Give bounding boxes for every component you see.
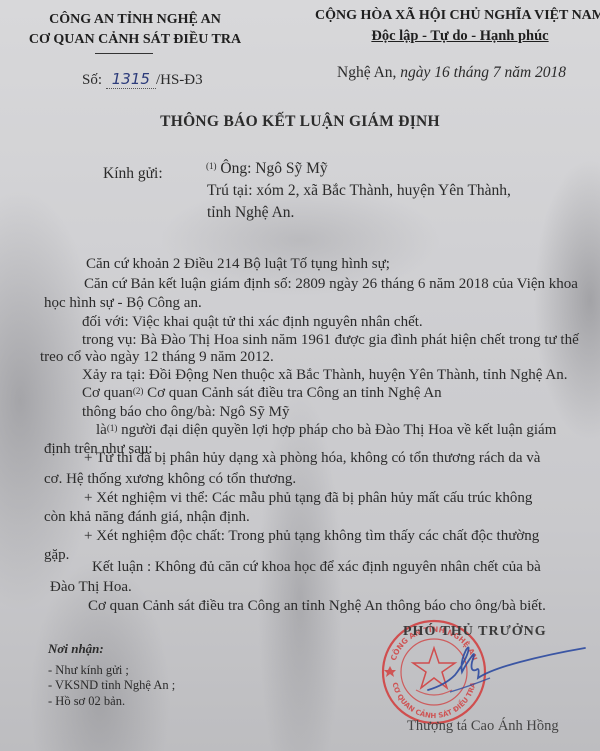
- footnote-marker: (2): [133, 386, 144, 396]
- recipient-item: - Như kính gửi ;: [48, 663, 129, 678]
- recipient-item: - Hồ sơ 02 bản.: [48, 694, 125, 709]
- national-header: CỘNG HÒA XÃ HỘI CHỦ NGHĨA VIỆT NAM Độc l…: [300, 6, 600, 46]
- signer-name: Thượng tá Cao Ánh Hồng: [407, 718, 559, 735]
- agency-line-1: CÔNG AN TỈNH NGHỆ AN: [0, 10, 270, 30]
- place-date: Nghệ An, ngày 16 tháng 7 năm 2018: [337, 64, 566, 82]
- body-line: + Xét nghiệm vi thể: Các mẫu phủ tạng đã…: [84, 489, 532, 508]
- body-line: + Tử thi đã bị phân hủy dạng xà phòng hó…: [84, 449, 540, 468]
- agency-line-2: CƠ QUAN CẢNH SÁT ĐIỀU TRA: [0, 30, 270, 50]
- body-text: Cơ quan: [82, 385, 133, 401]
- handwritten-signature: [420, 640, 590, 700]
- recipient-item: - VKSND tỉnh Nghệ An ;: [48, 678, 175, 693]
- document-number: Số: 1315/HS-Đ3: [82, 70, 203, 89]
- body-line: Căn cứ khoản 2 Điều 214 Bộ luật Tố tụng …: [86, 255, 390, 274]
- footnote-marker: (1): [206, 161, 217, 171]
- recipients-title: Nơi nhận:: [48, 641, 104, 657]
- footnote-marker: (1): [107, 423, 118, 433]
- signer-title: PHÓ THỦ TRƯỞNG: [403, 624, 547, 640]
- national-motto: Độc lập - Tự do - Hạnh phúc: [300, 26, 600, 46]
- body-line: Đào Thị Hoa.: [50, 578, 132, 597]
- number-suffix: /HS-Đ3: [156, 72, 203, 88]
- body-line: + Xét nghiệm độc chất: Trong phủ tạng kh…: [84, 527, 539, 546]
- body-line: Cơ quan(2) Cơ quan Cảnh sát điều tra Côn…: [82, 384, 442, 403]
- recipient-address-2: tỉnh Nghệ An.: [207, 203, 294, 222]
- recipient-name-text: Ông: Ngô Sỹ Mỹ: [220, 160, 327, 177]
- body-line: đối với: Việc khai quật tử thi xác định …: [82, 313, 423, 332]
- body-line: còn khả năng đánh giá, nhận định.: [44, 508, 250, 527]
- body-line: Căn cứ Bản kết luận giám định số: 2809 n…: [84, 275, 578, 294]
- document-title: THÔNG BÁO KẾT LUẬN GIÁM ĐỊNH: [0, 113, 600, 131]
- divider: [95, 53, 153, 54]
- issuing-agency: CÔNG AN TỈNH NGHỆ AN CƠ QUAN CẢNH SÁT ĐI…: [0, 10, 270, 50]
- body-line: Xảy ra tại: Đồi Động Nen thuộc xã Bắc Th…: [82, 366, 567, 385]
- body-text: Cơ quan Cảnh sát điều tra Công an tỉnh N…: [143, 385, 441, 401]
- place: Nghệ An,: [337, 64, 396, 81]
- recipient-address-1: Trú tại: xóm 2, xã Bắc Thành, huyện Yên …: [207, 181, 511, 200]
- number-value: 1315: [106, 70, 156, 89]
- body-line: là(1) người đại diện quyền lợi hợp pháp …: [96, 421, 556, 440]
- number-label: Số:: [82, 72, 102, 88]
- recipient-label: Kính gửi:: [103, 164, 163, 183]
- body-line: Cơ quan Cảnh sát điều tra Công an tỉnh N…: [88, 597, 546, 616]
- body-text: người đại diện quyền lợi hợp pháp cho bà…: [117, 422, 556, 438]
- nation-name: CỘNG HÒA XÃ HỘI CHỦ NGHĨA VIỆT NAM: [300, 6, 600, 26]
- body-line: cơ. Hệ thống xương không có tổn thương.: [44, 470, 296, 489]
- recipient-name: (1) Ông: Ngô Sỹ Mỹ: [206, 159, 328, 178]
- body-line: gặp.: [44, 546, 69, 565]
- body-line: thông báo cho ông/bà: Ngô Sỹ Mỹ: [82, 403, 290, 422]
- date: ngày 16 tháng 7 năm 2018: [400, 64, 566, 81]
- conclusion-line: Kết luận : Không đủ căn cứ khoa học để x…: [92, 558, 541, 577]
- body-text: là: [96, 422, 107, 438]
- body-line: học hình sự - Bộ Công an.: [44, 294, 202, 313]
- body-line: treo cổ vào ngày 12 tháng 9 năm 2012.: [40, 348, 274, 367]
